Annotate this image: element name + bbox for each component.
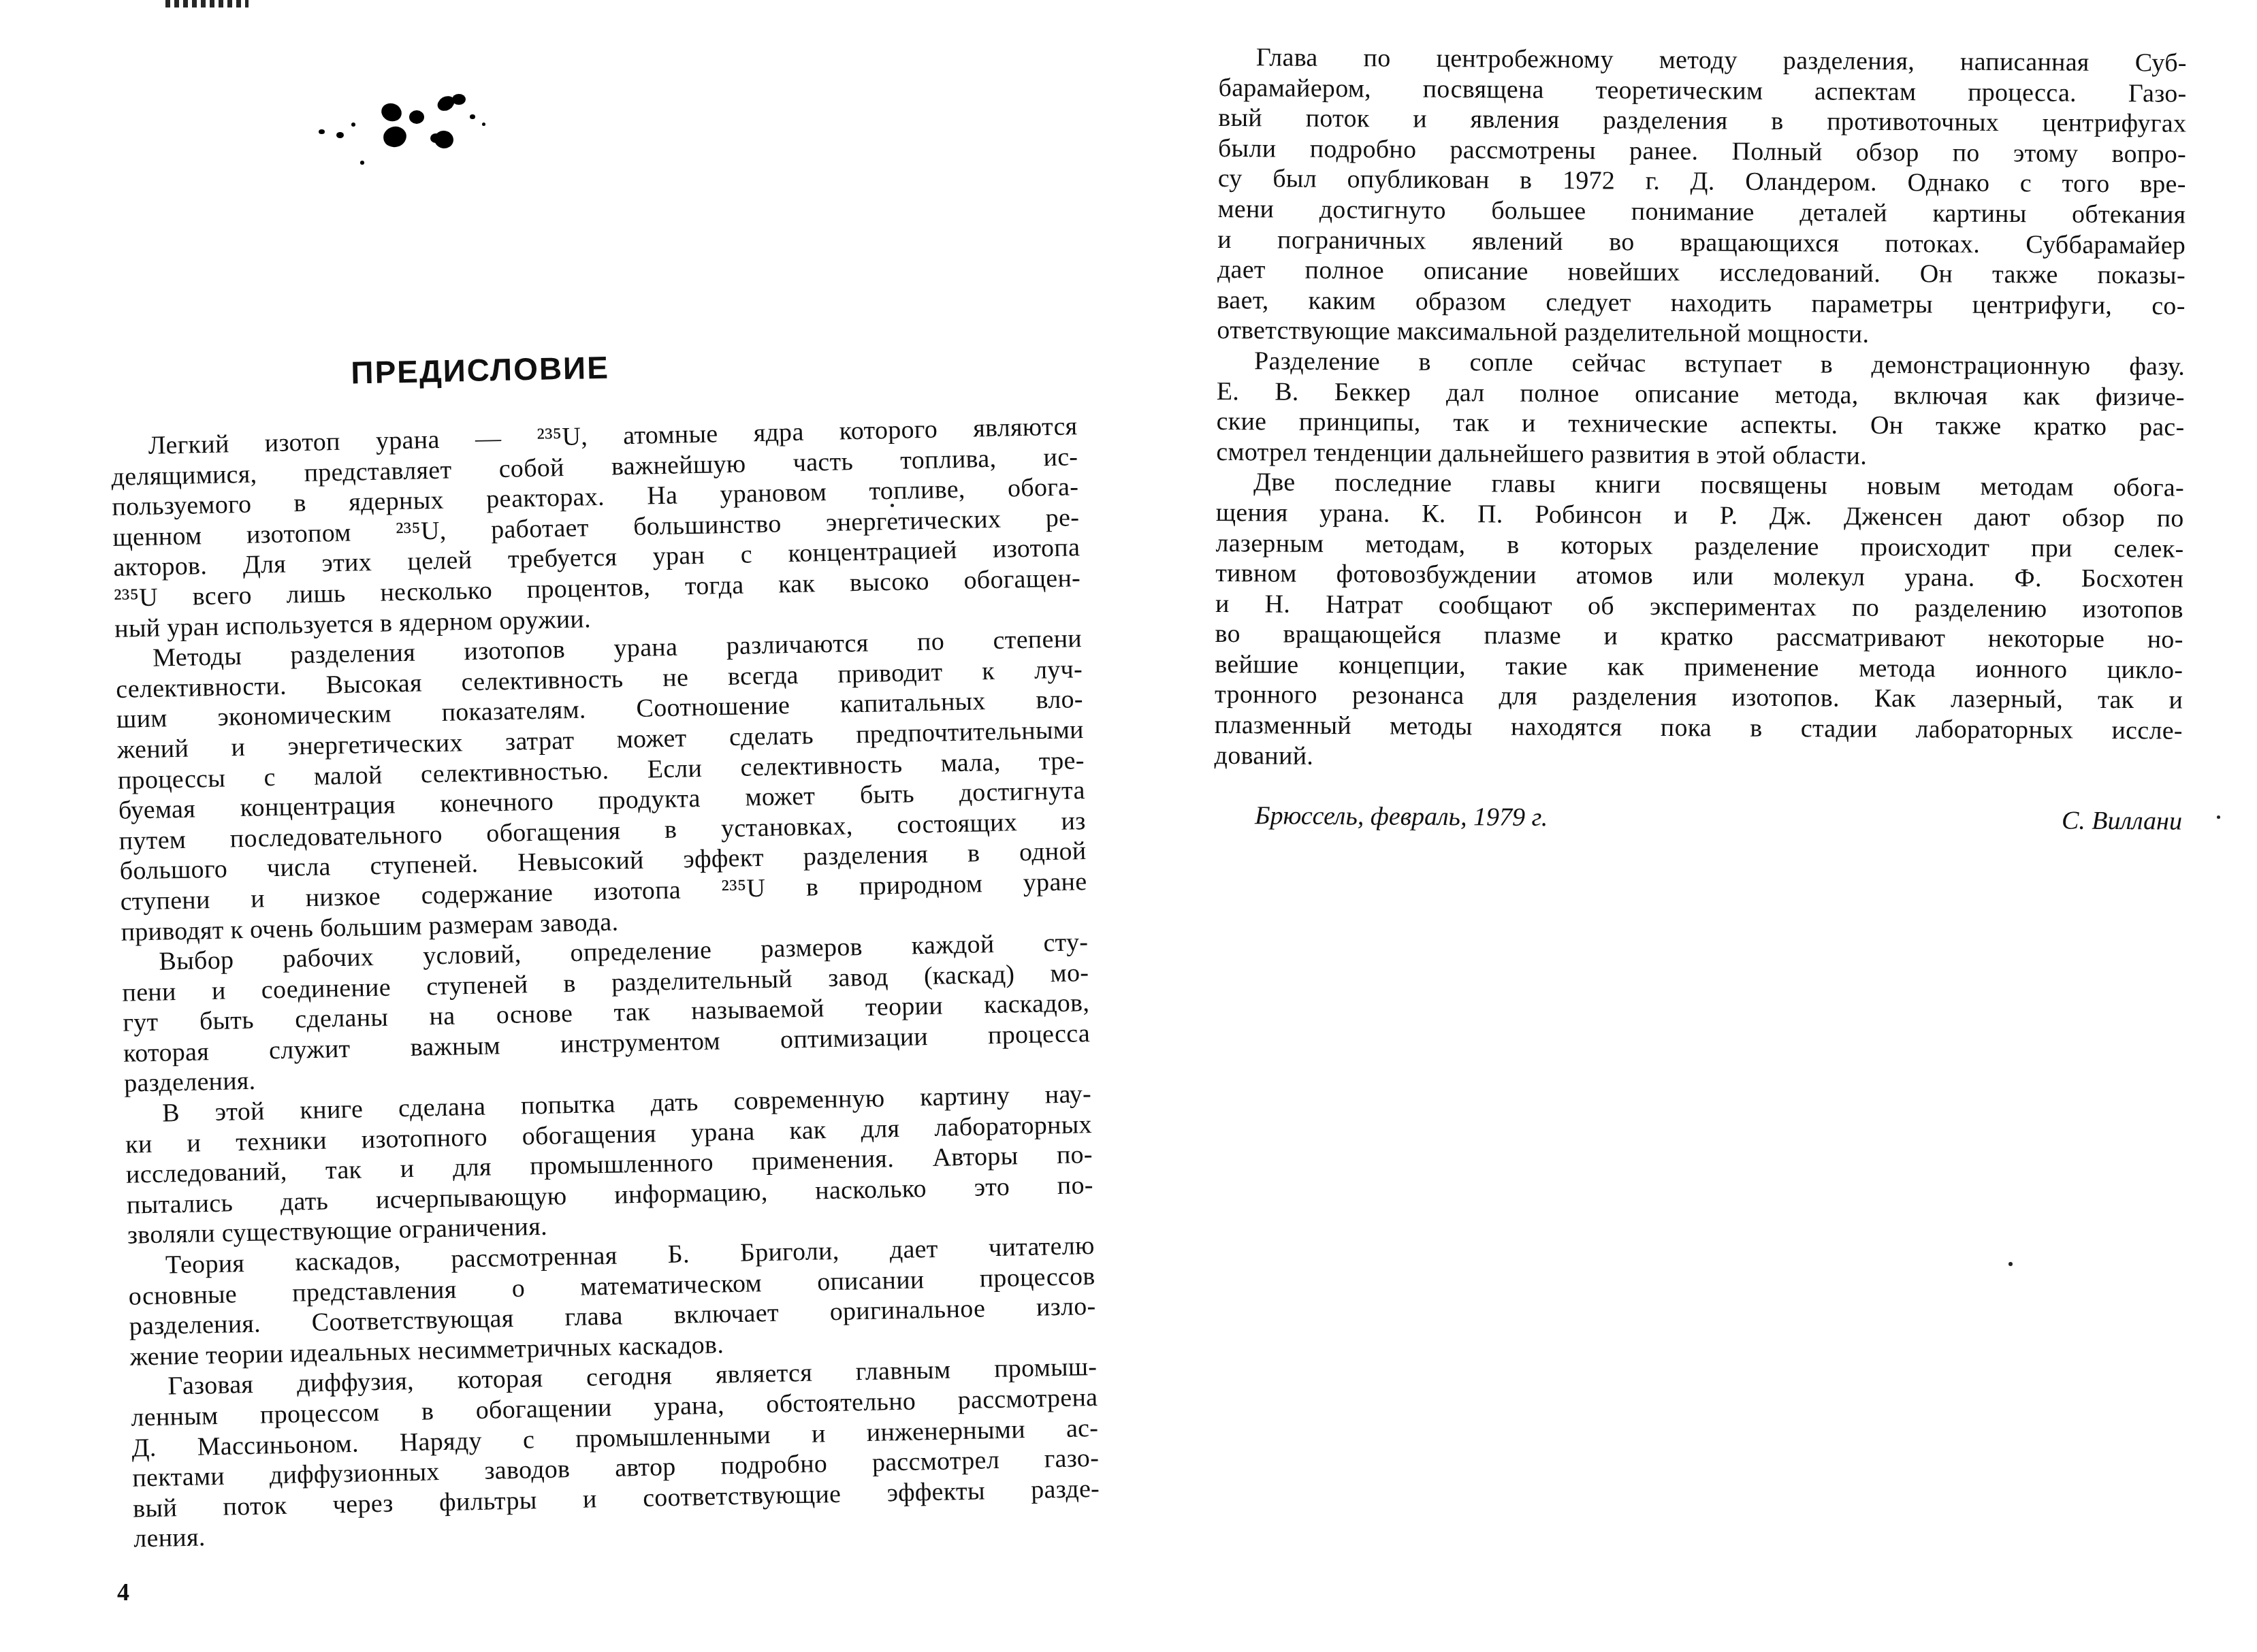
text-line: дований.	[1214, 741, 2182, 777]
cutoff-text-smudge	[165, 0, 249, 7]
preface-title: ПРЕДИСЛОВИЕ	[351, 349, 609, 391]
text-line: плазменный методы находятся пока в стади…	[1215, 710, 2183, 746]
dust-speck	[2008, 1262, 2013, 1266]
paragraph: Глава по центробежному методу разделения…	[1217, 42, 2187, 352]
ink-blot	[452, 94, 466, 105]
paragraph: В этой книге сделана попытка дать соврем…	[125, 1079, 1094, 1251]
text-line: мени достигнуто большее понимание детале…	[1217, 194, 2186, 230]
ink-blot	[470, 114, 475, 119]
paragraph: Газовая диффузия, которая сегодня являет…	[130, 1352, 1100, 1554]
left-page-text: Легкий изотоп урана — ²³⁵U, атомные ядра…	[110, 411, 1100, 1554]
text-line: Глава по центробежному методу разделения…	[1219, 42, 2187, 78]
right-page-text: Глава по центробежному методу разделения…	[1214, 42, 2187, 777]
text-line: щения урана. К. П. Робинсон и Р. Дж. Дже…	[1216, 498, 2184, 534]
dust-speck	[2217, 815, 2220, 819]
book-spread: ПРЕДИСЛОВИЕ Легкий изотоп урана — ²³⁵U, …	[0, 0, 2257, 1652]
paragraph: Выбор рабочих условий, определение разме…	[121, 927, 1091, 1099]
text-line: Разделение в сопле сейчас вступает в дем…	[1217, 346, 2185, 382]
paragraph: Легкий изотоп урана — ²³⁵U, атомные ядра…	[110, 411, 1081, 644]
signoff-place-date: Брюссель, февраль, 1979 г.	[1214, 800, 1548, 832]
ink-blot	[351, 123, 355, 127]
ink-blot	[381, 124, 409, 150]
paragraph: Методы разделения изотопов урана различа…	[115, 623, 1088, 948]
right-page: Глава по центробежному методу разделения…	[1214, 42, 2187, 837]
ink-blot	[360, 161, 364, 165]
paragraph: Разделение в сопле сейчас вступает в дем…	[1216, 346, 2185, 473]
paragraph: Теория каскадов, рассмотренная Б. Бригол…	[127, 1231, 1096, 1372]
ink-blot	[379, 101, 404, 125]
page-number: 4	[117, 1578, 129, 1606]
left-page: ПРЕДИСЛОВИЕ Легкий изотоп урана — ²³⁵U, …	[109, 339, 1100, 1554]
paragraph: Две последние главы книги посвящены новы…	[1214, 467, 2184, 777]
ink-blot	[319, 129, 325, 134]
ink-blot	[336, 132, 344, 138]
ink-blot	[482, 123, 485, 126]
signoff-line: Брюссель, февраль, 1979 г. С. Виллани	[1214, 800, 2182, 837]
signoff-author: С. Виллани	[2062, 806, 2182, 837]
ink-blot	[409, 110, 424, 124]
ink-blot	[433, 129, 455, 150]
